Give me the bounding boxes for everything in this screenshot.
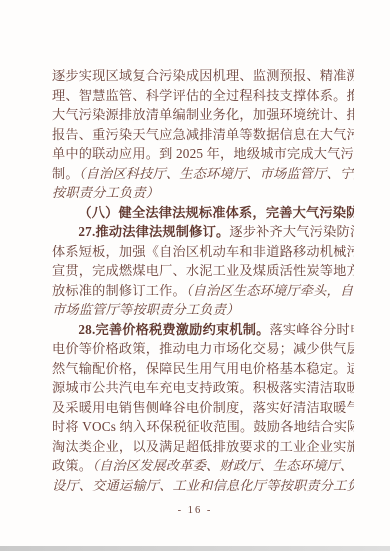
text-segment: 淘汰类企业，以及满足超低排放要求的工业企业实施差别化电价 <box>52 439 354 454</box>
scan-bottom-edge <box>0 546 390 551</box>
text-segment: （八）健全法律法规标准体系，完善大气污染防治经济政策 <box>78 205 354 220</box>
text-segment: 单中的联动应用。到 2025 年，地级城市完成大气污染源清单编 <box>52 146 354 161</box>
text-segment: （自治区生态环境厅牵头，自治区司法厅、 <box>186 283 354 298</box>
text-line-16: 然气输配价格，保障民生用气用电价格基本稳定。适时制定新能 <box>52 359 354 379</box>
text-segment: 按职责分工负责） <box>52 185 159 200</box>
text-line-3: 大气污染源排放清单编制业务化，加强环境统计、排污许可执行 <box>52 105 354 125</box>
text-line-4: 报告、重污染天气应急减排清单等数据信息在大气污染源排放清 <box>52 125 354 145</box>
document-body: 逐步实现区域复合污染成因机理、监测预报、精准溯源、深度治理、智慧监管、科学评估的… <box>52 66 354 495</box>
text-segment: 及采暖用电销售侧峰谷电价制度，落实好清洁取暖气价政策；适 <box>52 400 354 415</box>
text-segment: 源城市公共汽电车充电支持政策。积极落实清洁取暖“煤改电” <box>52 380 354 395</box>
text-line-11: 宣贯，完成燃煤电厂、水泥工业及煤质活性炭等地方大气污染排 <box>52 261 354 281</box>
text-segment: 逐步补齐大气污染防治法规标准 <box>229 224 354 239</box>
text-line-21: 政策。（自治区发展改革委、财政厅、生态环境厅、住房城乡建 <box>52 456 354 476</box>
text-segment: 然气输配价格，保障民生用气用电价格基本稳定。适时制定新能 <box>52 361 354 376</box>
text-segment: 大气污染源排放清单编制业务化，加强环境统计、排污许可执行 <box>52 107 354 122</box>
text-line-10: 体系短板，加强《自治区机动车和非道路移动机械污染防治条例》 <box>52 242 354 262</box>
text-line-5: 单中的联动应用。到 2025 年，地级城市完成大气污染源清单编 <box>52 144 354 164</box>
text-line-22: 设厅、交通运输厅、工业和信息化厅等按职责分工负责） <box>52 476 354 496</box>
text-line-2: 理、智慧监管、科学评估的全过程科技支撑体系。推进地级城市 <box>52 86 354 106</box>
text-segment: 体系短板，加强《自治区机动车和非道路移动机械污染防治条例》 <box>52 244 354 259</box>
text-line-8: （八）健全法律法规标准体系，完善大气污染防治经济政策 <box>52 203 354 223</box>
text-line-6: 制。（自治区科技厅、生态环境厅、市场监管厅、宁夏气象局等 <box>52 164 354 184</box>
text-line-18: 及采暖用电销售侧峰谷电价制度，落实好清洁取暖气价政策；适 <box>52 398 354 418</box>
text-segment: 落实峰谷分时电价、阶梯 <box>270 322 354 337</box>
text-line-15: 电价等价格政策，推动电力市场化交易；减少供气层级，降低天 <box>52 339 354 359</box>
text-line-9: 27.推动法律法规制修订。逐步补齐大气污染防治法规标准 <box>52 222 354 242</box>
text-segment: 放标准的制修订工作。 <box>52 283 186 298</box>
text-segment: 市场监管厅等按职责分工负责） <box>52 302 239 317</box>
text-line-7: 按职责分工负责） <box>52 183 354 203</box>
text-line-17: 源城市公共汽电车充电支持政策。积极落实清洁取暖“煤改电” <box>52 378 354 398</box>
text-segment: 理、智慧监管、科学评估的全过程科技支撑体系。推进地级城市 <box>52 88 354 103</box>
text-segment: 设厅、交通运输厅、工业和信息化厅等按职责分工负责） <box>52 478 354 493</box>
text-line-12: 放标准的制修订工作。（自治区生态环境厅牵头，自治区司法厅、 <box>52 281 354 301</box>
page-number: - 16 - <box>0 505 390 516</box>
text-line-1: 逐步实现区域复合污染成因机理、监测预报、精准溯源、深度治 <box>52 66 354 86</box>
text-segment: 时将 VOCs 纳入环保税征收范围。鼓励各地结合实际对限制类、 <box>52 419 354 434</box>
document-page: 逐步实现区域复合污染成因机理、监测预报、精准溯源、深度治理、智慧监管、科学评估的… <box>0 0 390 551</box>
text-segment: 28.完善价格税费激励约束机制。 <box>78 322 269 337</box>
text-segment: （自治区科技厅、生态环境厅、市场监管厅、宁夏气象局等 <box>79 166 354 181</box>
text-segment: 宣贯，完成燃煤电厂、水泥工业及煤质活性炭等地方大气污染排 <box>52 263 354 278</box>
text-segment: 27.推动法律法规制修订。 <box>78 224 229 239</box>
text-line-14: 28.完善价格税费激励约束机制。落实峰谷分时电价、阶梯 <box>52 320 354 340</box>
text-line-19: 时将 VOCs 纳入环保税征收范围。鼓励各地结合实际对限制类、 <box>52 417 354 437</box>
text-segment: 电价等价格政策，推动电力市场化交易；减少供气层级，降低天 <box>52 341 354 356</box>
text-segment: 政策。 <box>52 458 92 473</box>
text-line-20: 淘汰类企业，以及满足超低排放要求的工业企业实施差别化电价 <box>52 437 354 457</box>
text-segment: 制。 <box>52 166 79 181</box>
text-segment: 报告、重污染天气应急减排清单等数据信息在大气污染源排放清 <box>52 127 354 142</box>
text-segment: （自治区发展改革委、财政厅、生态环境厅、住房城乡建 <box>92 458 354 473</box>
text-segment: 逐步实现区域复合污染成因机理、监测预报、精准溯源、深度治 <box>52 68 354 83</box>
text-line-13: 市场监管厅等按职责分工负责） <box>52 300 354 320</box>
